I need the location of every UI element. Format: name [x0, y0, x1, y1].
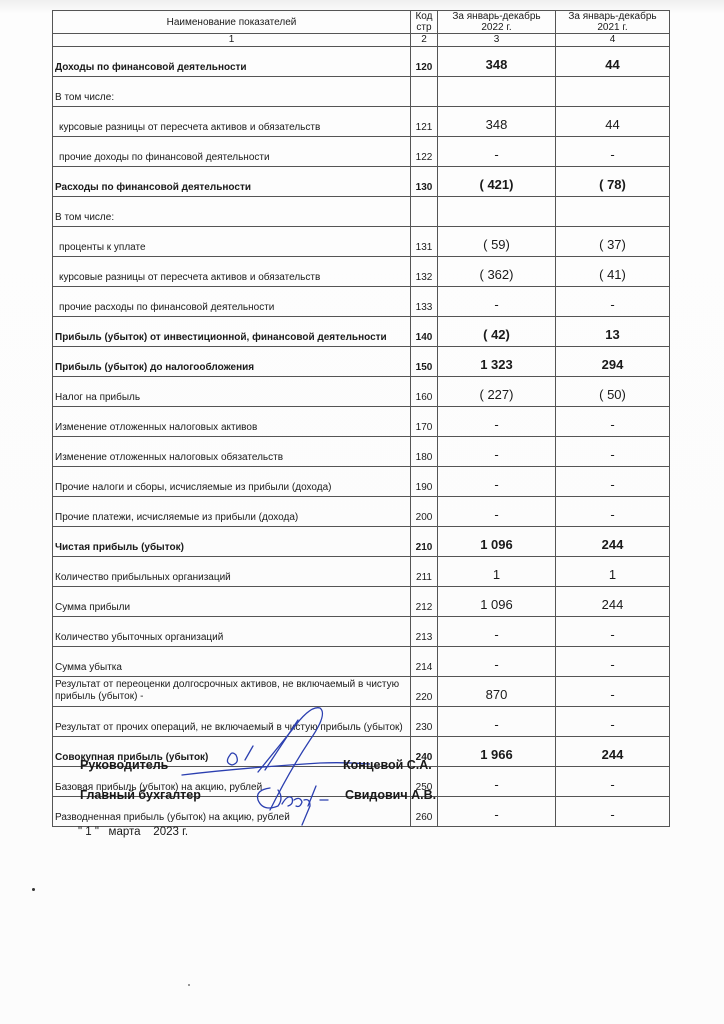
value-2021: 294 — [556, 347, 670, 377]
row-code: 130 — [411, 167, 438, 197]
value-2022 — [438, 197, 556, 227]
row-label: курсовые разницы от пересчета активов и … — [53, 107, 411, 137]
value-2021: ( 50) — [556, 377, 670, 407]
table-row: Количество убыточных организаций213-- — [53, 617, 670, 647]
value-2021 — [556, 77, 670, 107]
column-number: 4 — [556, 34, 670, 47]
value-2021: - — [556, 707, 670, 737]
table-row: В том числе: — [53, 197, 670, 227]
value-2022: - — [438, 767, 556, 797]
table-row: курсовые разницы от пересчета активов и … — [53, 257, 670, 287]
column-number: 2 — [411, 34, 438, 47]
table-row: В том числе: — [53, 77, 670, 107]
header-name: Наименование показателей — [53, 11, 411, 34]
table-row: Прочие налоги и сборы, исчисляемые из пр… — [53, 467, 670, 497]
value-2021: - — [556, 467, 670, 497]
value-2021: - — [556, 287, 670, 317]
row-label: Изменение отложенных налоговых активов — [53, 407, 411, 437]
value-2021: ( 37) — [556, 227, 670, 257]
value-2021: 244 — [556, 527, 670, 557]
table-row: Сумма убытка214-- — [53, 647, 670, 677]
value-2021: - — [556, 677, 670, 707]
row-code — [411, 197, 438, 227]
value-2022: 1 096 — [438, 587, 556, 617]
header-year-2022: За январь-декабрь 2022 г. — [438, 11, 556, 34]
row-code: 180 — [411, 437, 438, 467]
row-code: 133 — [411, 287, 438, 317]
accountant-name: Свидович А.В. — [345, 788, 436, 802]
table-header-row: Наименование показателей Код стр За янва… — [53, 11, 670, 34]
row-code: 230 — [411, 707, 438, 737]
value-2022: - — [438, 497, 556, 527]
table-row: Сумма прибыли2121 096244 — [53, 587, 670, 617]
row-code: 160 — [411, 377, 438, 407]
table-row: Расходы по финансовой деятельности130( 4… — [53, 167, 670, 197]
row-label: Расходы по финансовой деятельности — [53, 167, 411, 197]
column-number: 1 — [53, 34, 411, 47]
table-row: Чистая прибыль (убыток)2101 096244 — [53, 527, 670, 557]
row-code: 220 — [411, 677, 438, 707]
row-label: Количество убыточных организаций — [53, 617, 411, 647]
table-row: курсовые разницы от пересчета активов и … — [53, 107, 670, 137]
row-code: 213 — [411, 617, 438, 647]
handwritten-signatures — [170, 700, 370, 830]
value-2021: - — [556, 497, 670, 527]
table-row: Изменение отложенных налоговых активов17… — [53, 407, 670, 437]
value-2021 — [556, 197, 670, 227]
row-code: 140 — [411, 317, 438, 347]
value-2022: 1 966 — [438, 737, 556, 767]
value-2022: 348 — [438, 107, 556, 137]
table-row: проценты к уплате131( 59)( 37) — [53, 227, 670, 257]
value-2021: 244 — [556, 737, 670, 767]
value-2022: 1 — [438, 557, 556, 587]
row-code: 170 — [411, 407, 438, 437]
value-2022: - — [438, 407, 556, 437]
header-code: Код стр — [411, 11, 438, 34]
value-2022: ( 227) — [438, 377, 556, 407]
value-2022: ( 421) — [438, 167, 556, 197]
value-2021: ( 41) — [556, 257, 670, 287]
value-2021: 13 — [556, 317, 670, 347]
row-label: Количество прибыльных организаций — [53, 557, 411, 587]
row-label: Прибыль (убыток) до налогообложения — [53, 347, 411, 377]
value-2021: 244 — [556, 587, 670, 617]
value-2021: ( 78) — [556, 167, 670, 197]
column-number-row: 1 2 3 4 — [53, 34, 670, 47]
row-code: 122 — [411, 137, 438, 167]
row-label: В том числе: — [53, 77, 411, 107]
table-row: Количество прибыльных организаций21111 — [53, 557, 670, 587]
row-code: 190 — [411, 467, 438, 497]
row-code: 150 — [411, 347, 438, 377]
row-label: Налог на прибыль — [53, 377, 411, 407]
value-2022: ( 59) — [438, 227, 556, 257]
value-2021: - — [556, 767, 670, 797]
value-2022: - — [438, 137, 556, 167]
table-row: Изменение отложенных налоговых обязатель… — [53, 437, 670, 467]
value-2021: 1 — [556, 557, 670, 587]
table-row: Прочие платежи, исчисляемые из прибыли (… — [53, 497, 670, 527]
value-2021: 44 — [556, 47, 670, 77]
row-code: 132 — [411, 257, 438, 287]
row-code: 214 — [411, 647, 438, 677]
row-code: 200 — [411, 497, 438, 527]
value-2022: - — [438, 437, 556, 467]
table-row: прочие расходы по финансовой деятельност… — [53, 287, 670, 317]
row-label: Чистая прибыль (убыток) — [53, 527, 411, 557]
value-2022: - — [438, 467, 556, 497]
director-role: Руководитель — [80, 758, 168, 772]
scan-speck — [32, 888, 35, 891]
row-label: Прочие платежи, исчисляемые из прибыли (… — [53, 497, 411, 527]
value-2021: - — [556, 407, 670, 437]
table-row: Прибыль (убыток) от инвестиционной, фина… — [53, 317, 670, 347]
row-label: Сумма убытка — [53, 647, 411, 677]
value-2021: - — [556, 137, 670, 167]
table-row: Налог на прибыль160( 227)( 50) — [53, 377, 670, 407]
value-2022: 1 323 — [438, 347, 556, 377]
row-label: проценты к уплате — [53, 227, 411, 257]
row-code: 210 — [411, 527, 438, 557]
row-label: В том числе: — [53, 197, 411, 227]
table-row: Прибыль (убыток) до налогообложения1501 … — [53, 347, 670, 377]
value-2022: - — [438, 287, 556, 317]
value-2021: - — [556, 437, 670, 467]
value-2022: 870 — [438, 677, 556, 707]
row-code — [411, 77, 438, 107]
table-row: прочие доходы по финансовой деятельности… — [53, 137, 670, 167]
scan-speck — [188, 984, 190, 986]
value-2021: - — [556, 797, 670, 827]
value-2021: 44 — [556, 107, 670, 137]
row-label: Прибыль (убыток) от инвестиционной, фина… — [53, 317, 411, 347]
value-2022 — [438, 77, 556, 107]
value-2021: - — [556, 617, 670, 647]
row-label: прочие расходы по финансовой деятельност… — [53, 287, 411, 317]
accountant-role: Главный бухгалтер — [80, 788, 201, 802]
value-2022: 1 096 — [438, 527, 556, 557]
row-code: 121 — [411, 107, 438, 137]
value-2022: - — [438, 617, 556, 647]
row-label: Прочие налоги и сборы, исчисляемые из пр… — [53, 467, 411, 497]
value-2022: - — [438, 707, 556, 737]
value-2022: ( 42) — [438, 317, 556, 347]
row-label: курсовые разницы от пересчета активов и … — [53, 257, 411, 287]
row-label: Доходы по финансовой деятельности — [53, 47, 411, 77]
report-date: " 1 " марта 2023 г. — [78, 826, 188, 838]
director-name: Концевой С.А. — [343, 758, 432, 772]
value-2022: - — [438, 647, 556, 677]
row-code: 212 — [411, 587, 438, 617]
value-2022: - — [438, 797, 556, 827]
row-label: Сумма прибыли — [53, 587, 411, 617]
table-row: Доходы по финансовой деятельности1203484… — [53, 47, 670, 77]
column-number: 3 — [438, 34, 556, 47]
value-2022: ( 362) — [438, 257, 556, 287]
row-code: 131 — [411, 227, 438, 257]
row-label: Изменение отложенных налоговых обязатель… — [53, 437, 411, 467]
header-year-2021: За январь-декабрь 2021 г. — [556, 11, 670, 34]
value-2022: 348 — [438, 47, 556, 77]
value-2021: - — [556, 647, 670, 677]
row-label: прочие доходы по финансовой деятельности — [53, 137, 411, 167]
row-code: 120 — [411, 47, 438, 77]
row-code: 211 — [411, 557, 438, 587]
